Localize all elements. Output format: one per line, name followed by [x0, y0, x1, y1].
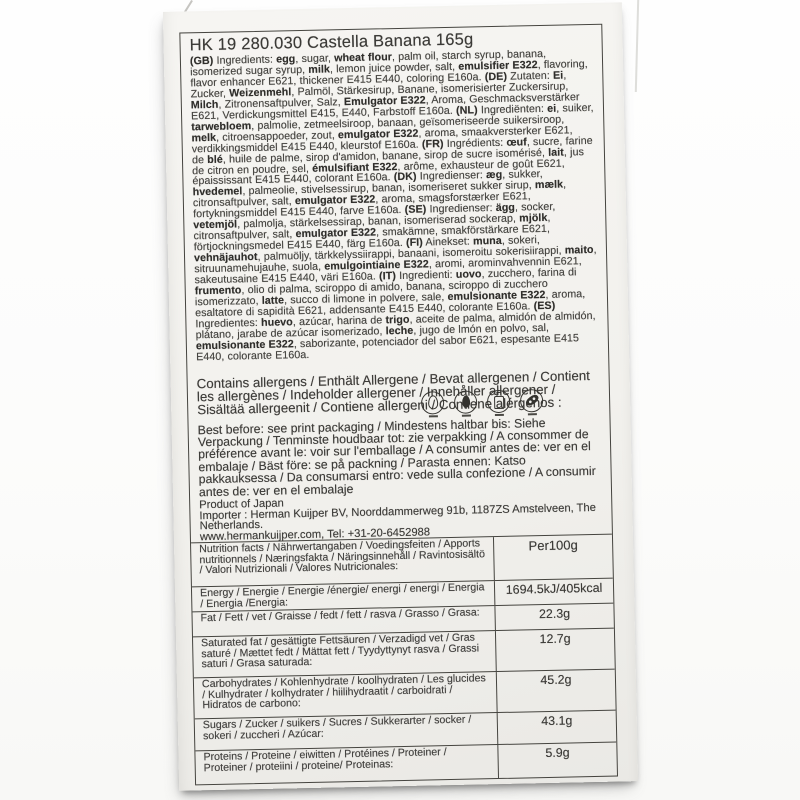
nutrient-value: 1694.5kJ/405kcal [494, 579, 613, 605]
product-label: HK 19 280.030 Castella Banana 165g (GB) … [163, 2, 638, 790]
nutrient-value: 5.9g [497, 743, 617, 778]
grain-icon [454, 390, 477, 413]
photo-background: HK 19 280.030 Castella Banana 165g (GB) … [0, 0, 800, 800]
ingredients-text: (GB) Ingredients: egg, sugar, wheat flou… [181, 47, 608, 363]
nutrient-label: Carbohydrates / Kohlenhydrate / koolhydr… [194, 672, 497, 718]
nutrient-value: 45.2g [496, 670, 616, 712]
nutrition-header-label: Nutrition facts / Nährwertangaben / Voed… [191, 537, 494, 586]
nutrient-value: 22.3g [494, 604, 613, 630]
best-before-text: Best before: see print packaging / Minde… [189, 414, 611, 498]
nutrient-value: 0.2g [498, 777, 617, 786]
nutrition-table: Nutrition facts / Nährwertangaben / Voed… [191, 534, 617, 786]
allergens-section: Contains allergens / Enthält Allergene /… [188, 368, 610, 417]
nutrition-rows: Energy / Energie / Energie /énergie/ ene… [192, 578, 617, 786]
soy-bean-icon [520, 389, 543, 412]
nutrient-value: 43.1g [497, 711, 617, 744]
label-border-box: HK 19 280.030 Castella Banana 165g (GB) … [179, 24, 618, 786]
egg-icon [421, 391, 444, 414]
background-edge-line [635, 0, 639, 92]
nutrient-value: 12.7g [495, 629, 615, 671]
ingredient-segment: mælk [535, 179, 563, 192]
nutrition-header-row: Nutrition facts / Nährwertangaben / Voed… [191, 535, 613, 587]
allergen-icons-row [421, 389, 543, 415]
nutrient-label: Saturated fat / gesättigte Fettsäuren / … [193, 631, 496, 677]
milk-bottle-icon [487, 389, 510, 412]
nutrient-label: Proteins / Proteine / eiwitten / Protéin… [195, 745, 498, 784]
nutrient-label: Sugars / Zucker / suikers / Sucres / Suk… [195, 713, 498, 750]
per-100g-column-header: Per100g [493, 535, 613, 580]
